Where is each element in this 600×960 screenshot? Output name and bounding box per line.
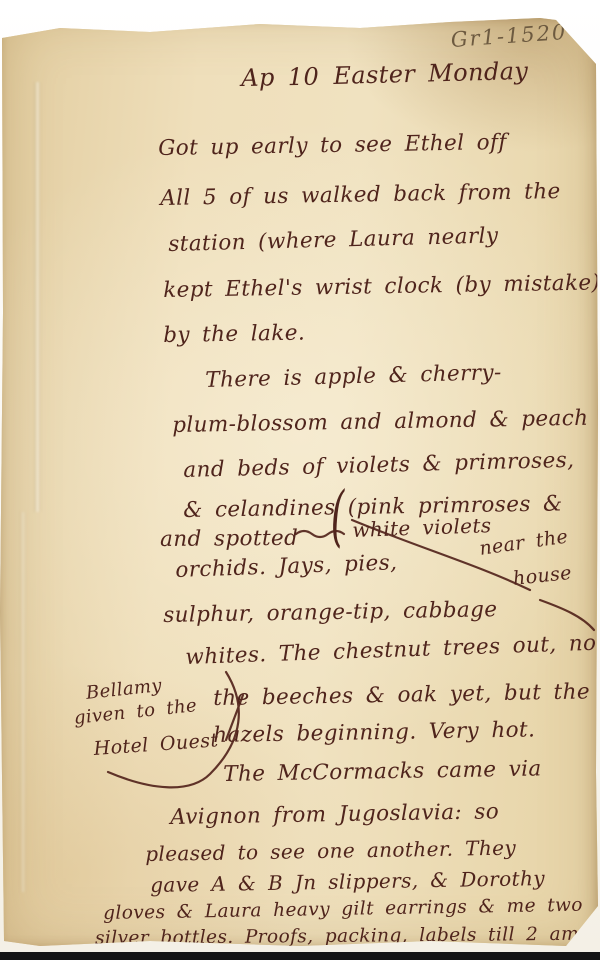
manuscript-line: station (where Laura nearly	[168, 223, 499, 257]
manuscript-line: All 5 of us walked back from the	[160, 179, 561, 211]
manuscript-line: whites. The chestnut trees out, not	[185, 630, 600, 670]
manuscript-line: gave A & B Jn slippers, & Dorothy	[150, 866, 545, 897]
manuscript-line: the beeches & oak yet, but the	[213, 679, 590, 711]
manuscript-line: sulphur, orange-tip, cabbage	[163, 597, 498, 628]
manuscript-line: silver bottles. Proofs, packing, labels …	[95, 924, 579, 949]
archive-reference: Gr1-1520	[450, 20, 568, 52]
manuscript-line: and beds of violets & primroses,	[183, 448, 575, 483]
manuscript-line: Got up early to see Ethel off	[158, 130, 507, 161]
insertion-note-near-the: near the	[478, 526, 569, 560]
scan-edge-bar	[0, 952, 600, 960]
manuscript-line: by the lake.	[163, 321, 305, 348]
manuscript-line: Avignon from Jugoslavia: so	[170, 799, 499, 830]
paper-crease	[20, 512, 26, 892]
manuscript-paper: Gr1-1520 Ap 10 Easter Monday Got up earl…	[0, 12, 600, 950]
insertion-parenthesis: (	[330, 483, 346, 550]
manuscript-line: gloves & Laura heavy gilt earrings & me …	[103, 895, 583, 924]
manuscript-line: plum-blossom and almond & peach	[172, 406, 589, 438]
entry-date: Ap 10	[241, 63, 319, 92]
manuscript-line: kept Ethel's wrist clock (by mistake)	[163, 270, 600, 303]
insertion-note-house: house	[512, 562, 573, 590]
manuscript-line: orchids. Jays, pies,	[175, 550, 398, 583]
scanned-diary-page: Gr1-1520 Ap 10 Easter Monday Got up earl…	[0, 0, 600, 960]
insertion-leader-stroke-tail	[540, 600, 594, 630]
entry-title: Easter Monday	[333, 57, 529, 90]
paper-crease	[34, 82, 41, 512]
margin-note-line: Hotel Ouest	[93, 729, 219, 760]
manuscript-line: hazels beginning. Very hot.	[213, 717, 535, 748]
manuscript-fragment-white-violets: white violets	[352, 513, 492, 542]
manuscript-line: There is apple & cherry-	[205, 360, 502, 393]
manuscript-fragment-and-spotted: and spotted	[160, 526, 298, 552]
manuscript-line: The McCormacks came via	[223, 756, 542, 787]
manuscript-line: pleased to see one another. They	[145, 836, 516, 866]
